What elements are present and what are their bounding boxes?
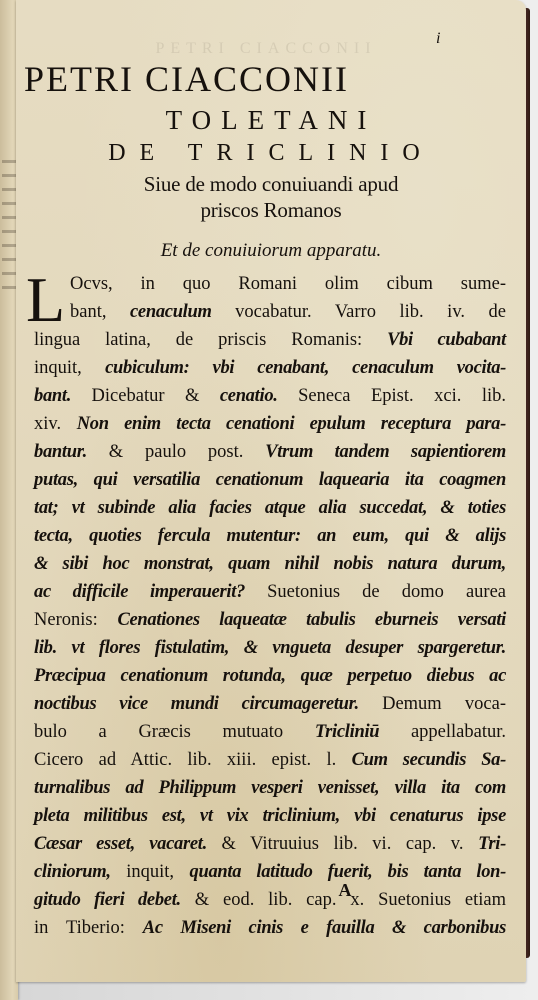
text-line: bulo a Græcis mutuato Tricliniū appellab… — [34, 718, 506, 746]
italic-segment: cenatio. — [220, 386, 278, 406]
text-line: Cicero ad Attic. lib. xiii. epist. l. Cu… — [34, 746, 506, 774]
italic-segment: Cenationes laqueatæ tabulis eburneis ver… — [117, 610, 506, 630]
drop-cap: L — [26, 272, 65, 328]
show-through-text: PETRI CIACCONII — [76, 40, 456, 58]
roman-segment: Ocvs, in quo Romani olim cibum sume- — [70, 274, 506, 294]
page-number: i — [436, 30, 440, 48]
roman-segment: in Tiberio: — [34, 918, 143, 938]
roman-segment: Neronis: — [34, 610, 117, 630]
text-line: turnalibus ad Philippum vesperi venisset… — [34, 774, 506, 802]
roman-segment: vocabatur. Varro lib. iv. de — [212, 302, 506, 322]
text-line: Præcipua cenationum rotunda, quæ perpetu… — [34, 662, 506, 690]
text-line: lingua latina, de priscis Romanis: Vbi c… — [34, 326, 506, 354]
roman-segment: bant, — [70, 302, 130, 322]
italic-segment: tecta, quoties fercula mutentur: an eum,… — [34, 526, 506, 546]
title-description-line2: priscos Romanos — [16, 198, 526, 223]
text-line: & sibi hoc monstrat, quam nihil nobis na… — [34, 550, 506, 578]
text-line: ac difficile imperauerit? Suetonius de d… — [34, 578, 506, 606]
italic-segment: & sibi hoc monstrat, quam nihil nobis na… — [34, 554, 506, 574]
text-line: xiv. Non enim tecta cenationi epulum rec… — [34, 410, 506, 438]
italic-segment: noctibus vice mundi circumageretur. — [34, 694, 359, 714]
text-line: Neronis: Cenationes laqueatæ tabulis ebu… — [34, 606, 506, 634]
text-line: tecta, quoties fercula mutentur: an eum,… — [34, 522, 506, 550]
italic-segment: bant. — [34, 386, 71, 406]
italic-segment: tat; vt subinde alia facies atque alia s… — [34, 498, 506, 518]
text-line: pleta militibus est, vt vix triclinium, … — [34, 802, 506, 830]
italic-segment: cliniorum, — [34, 862, 111, 882]
title-description-line1: Siue de modo conuiuandi apud — [16, 172, 526, 197]
italic-segment: quanta latitudo fuerit, bis tanta lon- — [190, 862, 507, 882]
text-line: bant, cenaculum vocabatur. Varro lib. iv… — [34, 298, 506, 326]
roman-segment: & paulo post. — [87, 442, 265, 462]
signature-mark: A — [16, 880, 526, 901]
italic-segment: putas, qui versatilia cenationum laquear… — [34, 470, 506, 490]
text-line: tat; vt subinde alia facies atque alia s… — [34, 494, 506, 522]
italic-segment: Tricliniū — [315, 722, 379, 742]
text-line: bantur. & paulo post. Vtrum tandem sapie… — [34, 438, 506, 466]
roman-segment: Suetonius de domo aurea — [245, 582, 506, 602]
title-work: DE TRICLINIO — [16, 140, 526, 167]
italic-segment: Cum secundis Sa- — [352, 750, 506, 770]
book-page: PETRI CIACCONII i PETRI CIACCONII TOLETA… — [16, 0, 526, 982]
roman-segment: xiv. — [34, 414, 77, 434]
previous-page-text-bleed — [2, 160, 16, 300]
roman-segment: appellabatur. — [379, 722, 506, 742]
italic-segment: cenaculum — [130, 302, 212, 322]
roman-segment: Seneca Epist. xci. lib. — [278, 386, 506, 406]
italic-segment: turnalibus ad Philippum vesperi venisset… — [34, 778, 506, 798]
italic-segment: Ac Miseni cinis e fauilla & carbonibus — [143, 918, 506, 938]
italic-segment: Præcipua cenationum rotunda, quæ perpetu… — [34, 666, 506, 686]
italic-segment: bantur. — [34, 442, 87, 462]
italic-segment: Tri- — [478, 834, 506, 854]
text-line: lib. vt flores fistulatim, & vngueta des… — [34, 634, 506, 662]
title-origin: TOLETANI — [16, 105, 526, 136]
roman-segment: & Vitruuius lib. vi. cap. v. — [207, 834, 478, 854]
roman-segment: Cicero ad Attic. lib. xiii. epist. l. — [34, 750, 352, 770]
roman-segment: bulo a Græcis mutuato — [34, 722, 315, 742]
text-line: putas, qui versatilia cenationum laquear… — [34, 466, 506, 494]
italic-segment: lib. vt flores fistulatim, & vngueta des… — [34, 638, 506, 658]
roman-segment: lingua latina, de priscis Romanis: — [34, 330, 387, 350]
italic-segment: Vbi cubabant — [387, 330, 506, 350]
italic-segment: Non enim tecta cenationi epulum receptur… — [77, 414, 506, 434]
italic-segment: ac difficile imperauerit? — [34, 582, 245, 602]
roman-segment: Dicebatur & — [71, 386, 220, 406]
italic-segment: pleta militibus est, vt vix triclinium, … — [34, 806, 506, 826]
text-line: Ocvs, in quo Romani olim cibum sume- — [34, 270, 506, 298]
italic-segment: Cæsar esset, vacaret. — [34, 834, 207, 854]
roman-segment: inquit, — [34, 358, 105, 378]
italic-segment: cubiculum: vbi cenabant, cenaculum vocit… — [105, 358, 506, 378]
body-text: L Ocvs, in quo Romani olim cibum sume-ba… — [34, 270, 506, 942]
text-line: bant. Dicebatur & cenatio. Seneca Epist.… — [34, 382, 506, 410]
text-line: inquit, cubiculum: vbi cenabant, cenacul… — [34, 354, 506, 382]
italic-segment: Vtrum tandem sapientiorem — [265, 442, 506, 462]
roman-segment: inquit, — [111, 862, 190, 882]
text-line: in Tiberio: Ac Miseni cinis e fauilla & … — [34, 914, 506, 942]
text-line: noctibus vice mundi circumageretur. Demu… — [34, 690, 506, 718]
roman-segment: Demum voca- — [359, 694, 506, 714]
text-line: Cæsar esset, vacaret. & Vitruuius lib. v… — [34, 830, 506, 858]
subtitle: Et de conuiuiorum apparatu. — [16, 240, 526, 262]
body-lines: Ocvs, in quo Romani olim cibum sume-bant… — [34, 270, 506, 942]
title-author: PETRI CIACCONII — [22, 58, 504, 100]
